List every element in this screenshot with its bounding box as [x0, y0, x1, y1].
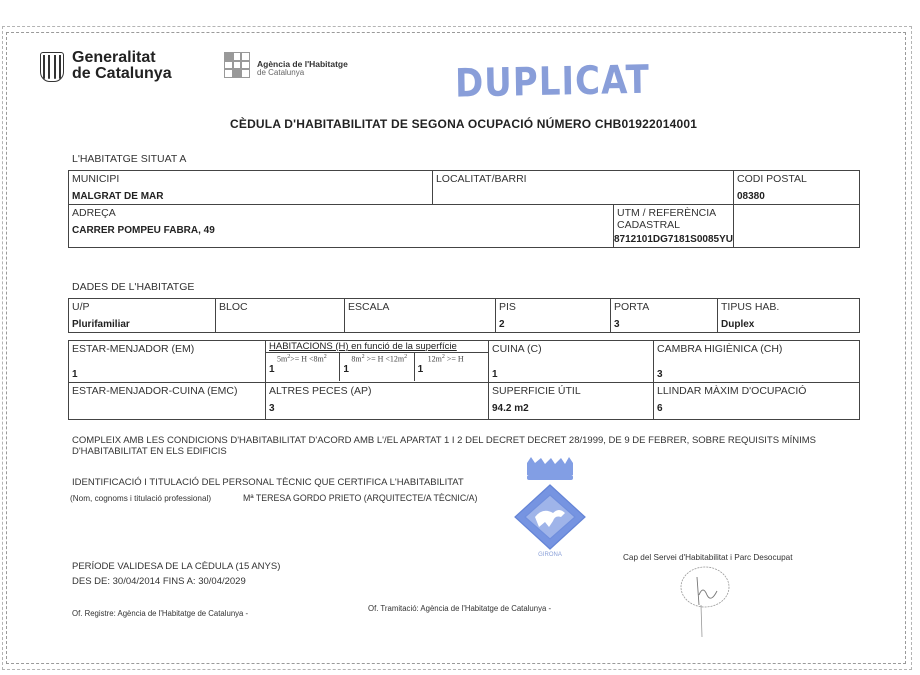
dwelling-table-row1: U/P Plurifamiliar BLOC ESCALA PIS 2 PORT… — [68, 298, 860, 333]
footer-tramitacio: Of. Tramitació: Agència de l'Habitatge d… — [368, 604, 551, 613]
utm-value: 8712101DG7181S0085YU — [614, 234, 733, 245]
porta-cell: PORTA 3 — [611, 299, 718, 333]
compliance-line2: D'HABITABILITAT EN ELS EDIFICIS — [72, 446, 852, 457]
superficie-cell: SUPERFICIE ÚTIL 94.2 m2 — [489, 383, 654, 420]
em-label: ESTAR-MENJADOR (EM) — [72, 343, 262, 355]
ap-value: 3 — [269, 403, 485, 414]
escala-label: ESCALA — [348, 301, 492, 313]
compliance-line1: COMPLEIX AMB LES CONDICIONS D'HABITABILI… — [72, 435, 852, 446]
superficie-label: SUPERFICIE ÚTIL — [492, 385, 650, 397]
ap-cell: ALTRES PECES (AP) 3 — [266, 383, 489, 420]
llindar-label: LLINDAR MÀXIM D'OCUPACIÓ — [657, 385, 856, 397]
ch-label: CAMBRA HIGIÈNICA (CH) — [657, 343, 856, 355]
porta-value: 3 — [614, 319, 714, 330]
cuina-cell: CUINA (C) 1 — [489, 341, 654, 383]
codi-postal-cell: CODI POSTAL 08380 — [733, 171, 859, 205]
consell-comarcal-seal-icon: GIRONA — [505, 455, 595, 560]
validity-range: DES DE: 30/04/2014 FINS A: 30/04/2029 — [72, 576, 246, 587]
pis-value: 2 — [499, 319, 607, 330]
adreca-label: ADREÇA — [72, 207, 610, 219]
org1-line2: de Catalunya — [72, 66, 172, 82]
utm-cell: UTM / REFERÈNCIA CADASTRAL 8712101DG7181… — [614, 205, 733, 247]
generalitat-logo-text: Generalitat de Catalunya — [72, 50, 172, 82]
utm-cell-ext — [733, 205, 859, 248]
em-value: 1 — [72, 369, 262, 380]
ap-label: ALTRES PECES (AP) — [269, 385, 485, 397]
tipus-label: TIPUS HAB. — [721, 301, 856, 313]
emc-cell: ESTAR-MENJADOR-CUINA (EMC) — [69, 383, 266, 420]
hab-range-3-label: 12m2 >= H — [418, 354, 485, 364]
bloc-cell: BLOC — [216, 299, 345, 333]
hab-range-1-value: 1 — [269, 364, 336, 375]
hab-range-2: 8m2 >= H <12m2 1 — [340, 353, 414, 381]
hab-range-1-label: 5m2>= H <8m2 — [269, 354, 336, 364]
municipi-value: MALGRAT DE MAR — [72, 191, 429, 202]
compliance-text: COMPLEIX AMB LES CONDICIONS D'HABITABILI… — [72, 435, 852, 457]
municipi-cell: MUNICIPI MALGRAT DE MAR — [69, 171, 433, 205]
codi-postal-label: CODI POSTAL — [737, 173, 856, 185]
porta-label: PORTA — [614, 301, 714, 313]
hab-range-3: 12m2 >= H 1 — [415, 353, 488, 381]
org1-line1: Generalitat — [72, 50, 172, 66]
habitacions-cell: HABITACIONS (H) en funció de la superfíc… — [266, 341, 489, 383]
up-label: U/P — [72, 301, 212, 313]
footer-registre: Of. Registre: Agència de l'Habitatge de … — [72, 609, 248, 618]
signature-title: Cap del Servei d'Habitabilitat i Parc De… — [623, 553, 793, 562]
duplicat-stamp: DUPLICAT — [455, 57, 651, 107]
utm-label: UTM / REFERÈNCIA CADASTRAL — [614, 207, 733, 231]
dwelling-table-row2: ESTAR-MENJADOR (EM) 1 HABITACIONS (H) en… — [68, 340, 860, 420]
escala-cell: ESCALA — [345, 299, 496, 333]
localitat-label: LOCALITAT/BARRI — [436, 173, 730, 185]
ch-cell: CAMBRA HIGIÈNICA (CH) 3 — [654, 341, 860, 383]
habitacions-label: HABITACIONS (H) en funció de la superfíc… — [266, 341, 488, 353]
technician-title: IDENTIFICACIÓ I TITULACIÓ DEL PERSONAL T… — [72, 477, 464, 488]
adreca-cell: ADREÇA CARRER POMPEU FABRA, 49 — [69, 205, 614, 247]
em-cell: ESTAR-MENJADOR (EM) 1 — [69, 341, 266, 383]
up-cell: U/P Plurifamiliar — [69, 299, 216, 333]
technician-name: Mª TERESA GORDO PRIETO (ARQUITECTE/A TÈC… — [243, 493, 477, 503]
generalitat-shield-icon — [40, 52, 64, 82]
ch-value: 3 — [657, 369, 856, 380]
validity-title: PERÍODE VALIDESA DE LA CÈDULA (15 ANYS) — [72, 561, 280, 572]
document-title: CÈDULA D'HABITABILITAT DE SEGONA OCUPACI… — [230, 117, 697, 131]
llindar-value: 6 — [657, 403, 856, 414]
municipi-label: MUNICIPI — [72, 173, 429, 185]
emc-label: ESTAR-MENJADOR-CUINA (EMC) — [72, 385, 262, 397]
codi-postal-value: 08380 — [737, 191, 856, 202]
agencia-grid-icon — [224, 52, 250, 78]
svg-text:GIRONA: GIRONA — [538, 552, 562, 558]
up-value: Plurifamiliar — [72, 319, 212, 330]
adreca-value: CARRER POMPEU FABRA, 49 — [72, 225, 610, 236]
hab-range-2-value: 1 — [343, 364, 410, 375]
location-table: MUNICIPI MALGRAT DE MAR LOCALITAT/BARRI … — [68, 170, 860, 248]
cuina-value: 1 — [492, 369, 650, 380]
tipus-cell: TIPUS HAB. Duplex — [718, 299, 860, 333]
hab-range-3-value: 1 — [418, 364, 485, 375]
signature-icon — [675, 565, 735, 640]
dwelling-section-title: DADES DE L'HABITATGE — [72, 281, 194, 293]
hab-range-2-label: 8m2 >= H <12m2 — [343, 354, 410, 364]
localitat-cell: LOCALITAT/BARRI — [432, 171, 733, 205]
bloc-label: BLOC — [219, 301, 341, 313]
cuina-label: CUINA (C) — [492, 343, 650, 355]
pis-cell: PIS 2 — [496, 299, 611, 333]
agencia-subname: de Catalunya — [257, 68, 304, 77]
adreca-utm-row: ADREÇA CARRER POMPEU FABRA, 49 UTM / REF… — [69, 205, 734, 248]
location-section-title: L'HABITATGE SITUAT A — [72, 153, 186, 165]
pis-label: PIS — [499, 301, 607, 313]
technician-field-label: (Nom, cognoms i titulació professional) — [70, 494, 211, 503]
llindar-cell: LLINDAR MÀXIM D'OCUPACIÓ 6 — [654, 383, 860, 420]
tipus-value: Duplex — [721, 319, 856, 330]
hab-range-1: 5m2>= H <8m2 1 — [266, 353, 340, 381]
superficie-value: 94.2 m2 — [492, 403, 650, 414]
